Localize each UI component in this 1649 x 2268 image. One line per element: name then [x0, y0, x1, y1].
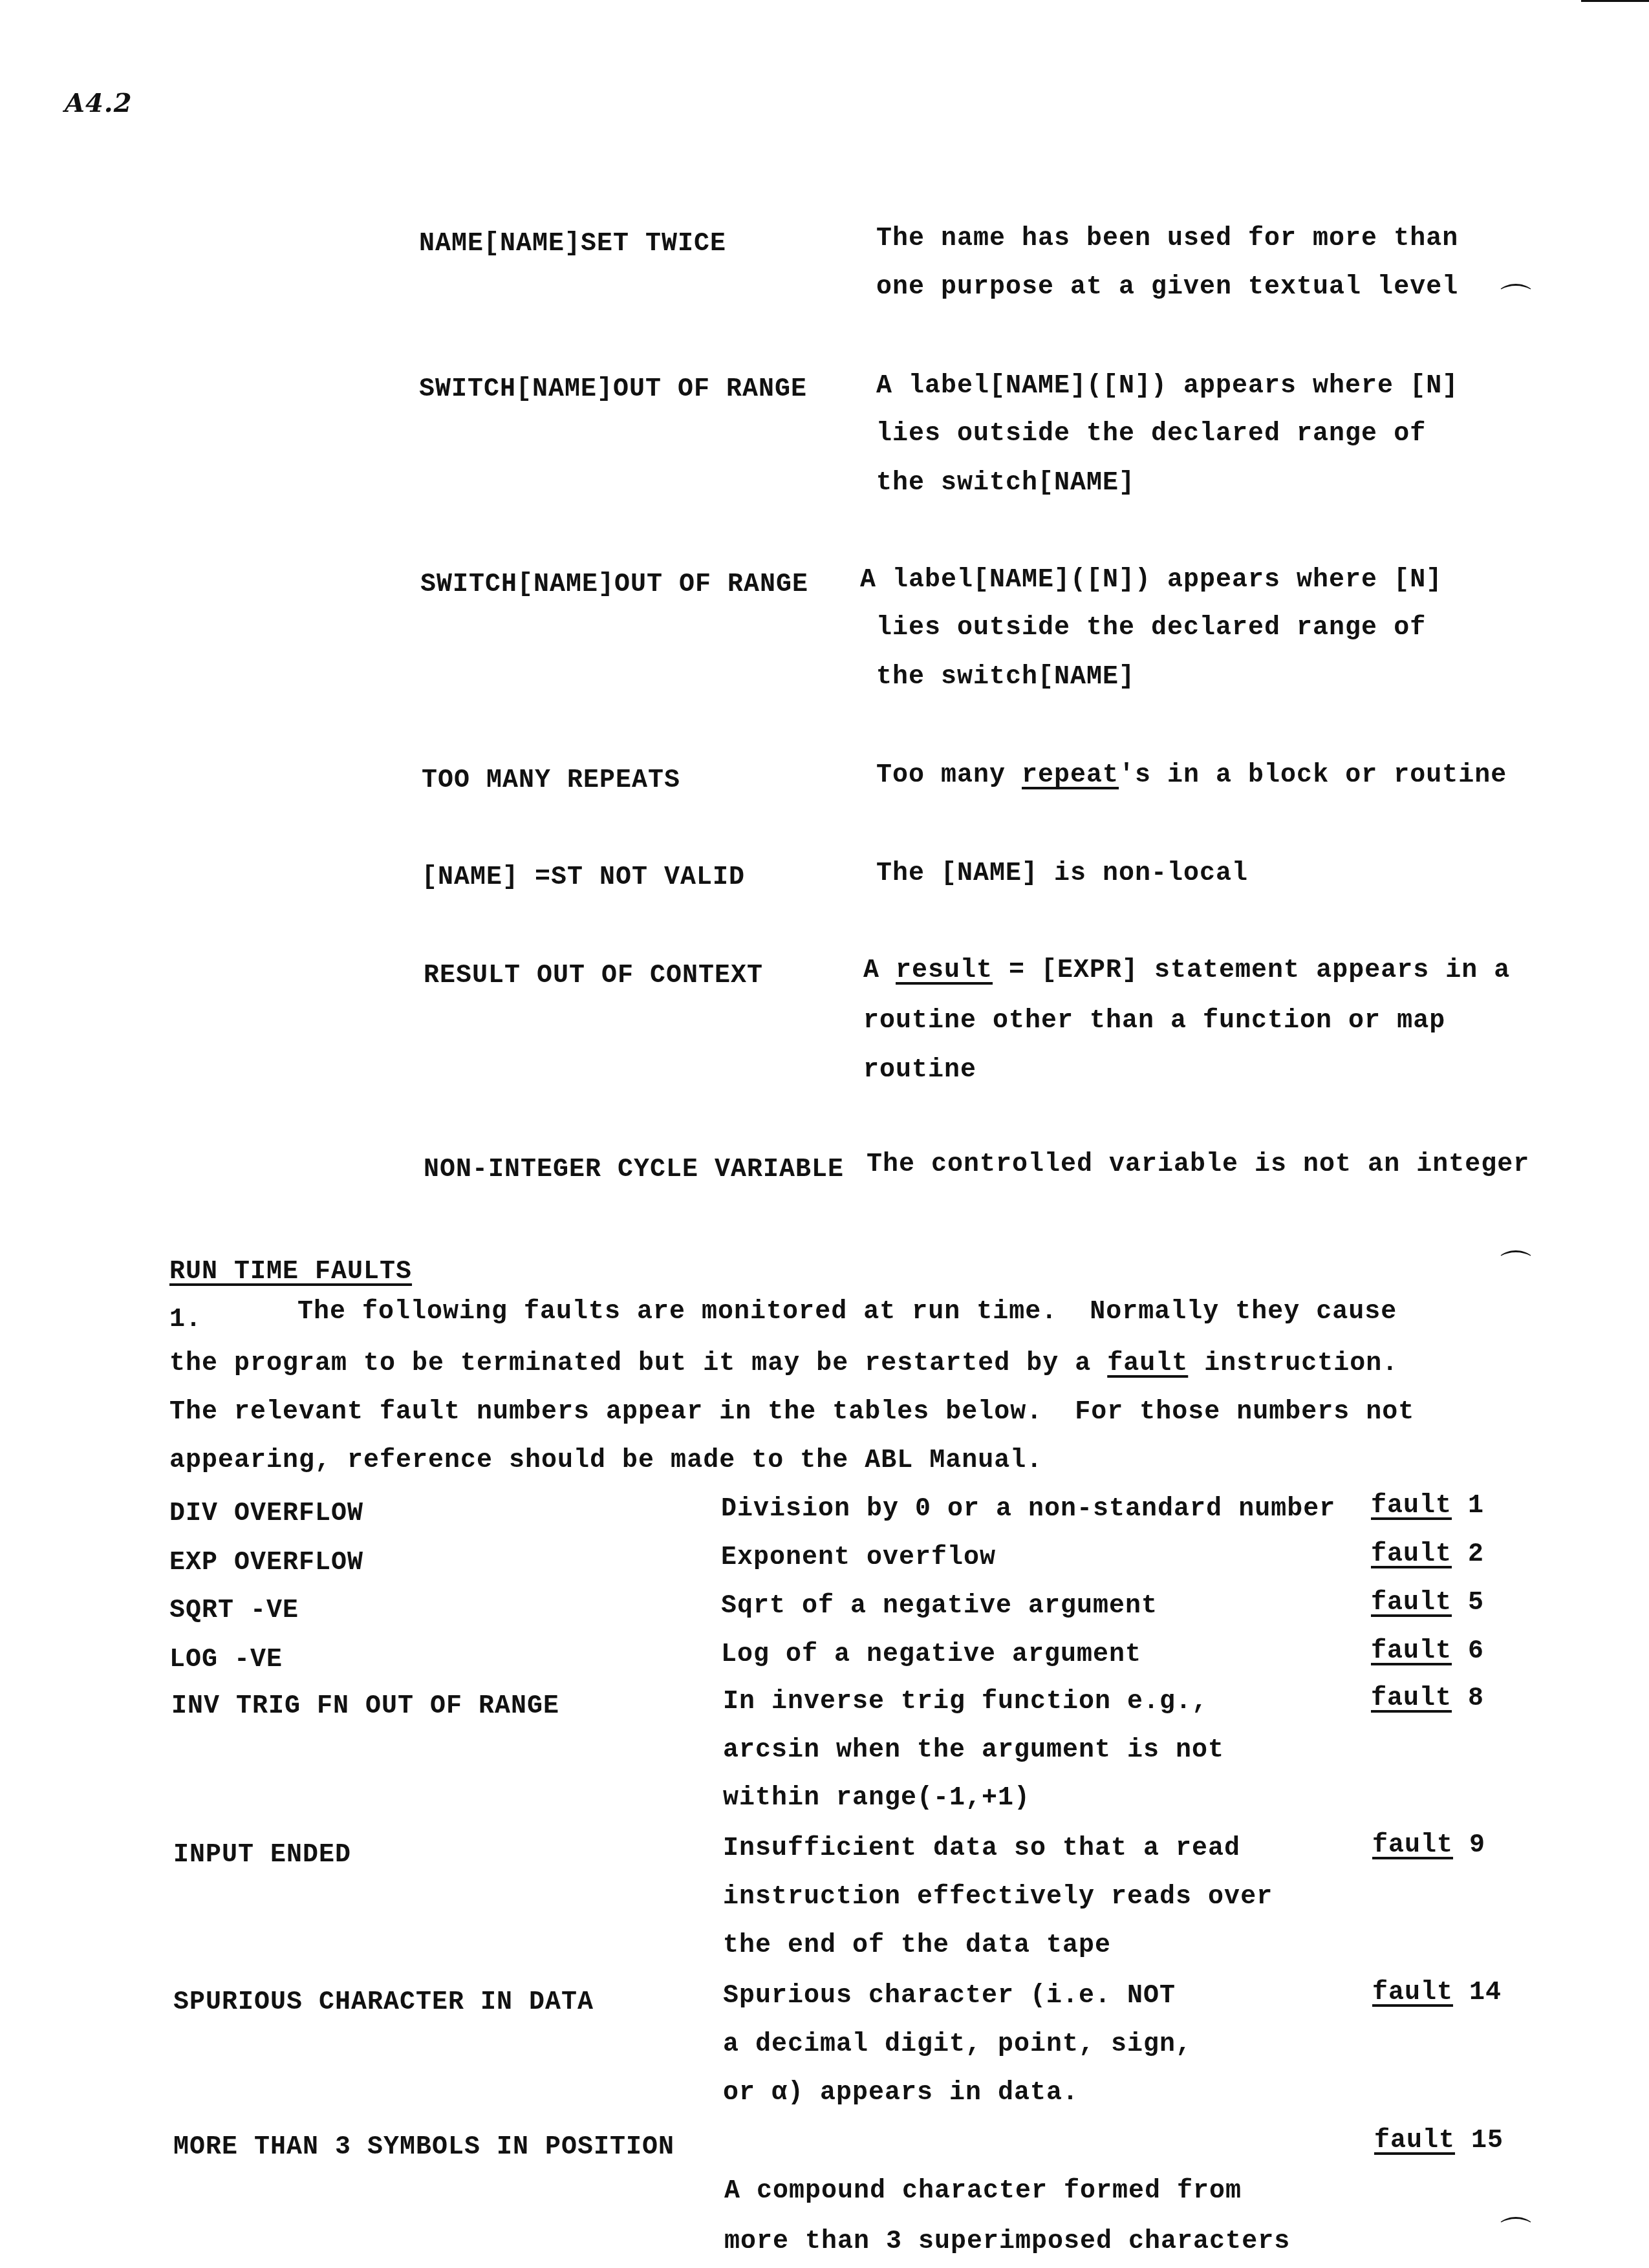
fault-description: A compound character formed from [724, 2179, 1242, 2205]
fault-description: routine [863, 1058, 976, 1084]
fault-name: SQRT -VE [169, 1598, 299, 1624]
fault-name: NON-INTEGER CYCLE VARIABLE [424, 1157, 844, 1183]
fault-description: instruction effectively reads over [723, 1885, 1273, 1910]
fault-number: fault 8 [1371, 1686, 1484, 1712]
fault-name: SWITCH[NAME]OUT OF RANGE [420, 572, 808, 598]
fault-name: TOO MANY REPEATS [422, 768, 680, 794]
fault-description: the switch[NAME] [876, 471, 1135, 497]
fault-name: MORE THAN 3 SYMBOLS IN POSITION [173, 2135, 674, 2161]
fault-number: fault 1 [1371, 1493, 1484, 1519]
fault-name: EXP OVERFLOW [169, 1550, 363, 1576]
fault-description: one purpose at a given textual level [876, 275, 1458, 301]
fault-description: The name has been used for more than [876, 226, 1458, 252]
fault-description: within range(-1,+1) [723, 1786, 1030, 1812]
fault-description: Log of a negative argument [721, 1642, 1141, 1668]
fault-description: the end of the data tape [723, 1933, 1111, 1959]
fault-description: Spurious character (i.e. NOT [723, 1984, 1176, 2009]
fault-name: DIV OVERFLOW [169, 1501, 363, 1527]
fault-description: Exponent overflow [721, 1545, 996, 1571]
fault-description: or α) appears in data. [723, 2081, 1079, 2106]
fault-name: INPUT ENDED [173, 1843, 351, 1868]
fault-description: lies outside the declared range of [876, 615, 1426, 641]
fault-name: INV TRIG FN OUT OF RANGE [171, 1694, 559, 1720]
fault-number: fault 2 [1371, 1542, 1484, 1568]
fault-name: SPURIOUS CHARACTER IN DATA [173, 1990, 594, 2016]
keyword-result: result [896, 956, 993, 985]
fault-description: A label[NAME]([N]) appears where [N] [860, 568, 1442, 594]
fault-number: fault 15 [1374, 2128, 1503, 2154]
fault-description: A result = [EXPR] statement appears in a [863, 958, 1510, 984]
fault-number: fault 6 [1371, 1639, 1484, 1665]
top-edge-line [1581, 0, 1649, 2]
fault-description: The controlled variable is not an intege… [867, 1152, 1529, 1178]
fault-description: arcsin when the argument is not [723, 1738, 1224, 1764]
fault-description: Too many repeat's in a block or routine [876, 763, 1507, 789]
fault-description: Insufficient data so that a read [723, 1836, 1240, 1862]
fault-description: more than 3 superimposed characters [724, 2229, 1290, 2255]
paragraph-number: 1. [169, 1307, 202, 1333]
fault-description: Sqrt of a negative argument [721, 1594, 1158, 1620]
fault-name: NAME[NAME]SET TWICE [419, 231, 726, 257]
fault-number: fault 9 [1372, 1833, 1485, 1859]
fault-name: RESULT OUT OF CONTEXT [424, 963, 763, 989]
fault-description: a decimal digit, point, sign, [723, 2032, 1192, 2058]
fault-description: Division by 0 or a non-standard number [721, 1497, 1335, 1523]
keyword-repeat: repeat [1022, 761, 1119, 790]
margin-mark: ⌒ [1500, 1241, 1531, 1286]
fault-description: A label[NAME]([N]) appears where [N] [876, 374, 1458, 400]
fault-number: fault 5 [1371, 1590, 1484, 1616]
fault-name: SWITCH[NAME]OUT OF RANGE [419, 377, 807, 403]
margin-mark: ⌒ [1500, 2208, 1531, 2252]
paragraph-line: appearing, reference should be made to t… [169, 1448, 1042, 1474]
page-number: A4.2 [65, 91, 133, 116]
fault-number: fault 14 [1372, 1980, 1502, 2006]
fault-description: lies outside the declared range of [876, 422, 1426, 447]
fault-description: routine other than a function or map [863, 1009, 1445, 1034]
paragraph-line: The following faults are monitored at ru… [297, 1300, 1397, 1325]
paragraph-line: the program to be terminated but it may … [169, 1351, 1398, 1377]
fault-name: LOG -VE [169, 1647, 283, 1673]
fault-description: the switch[NAME] [876, 665, 1135, 690]
fault-description: The [NAME] is non-local [876, 861, 1248, 887]
fault-description: In inverse trig function e.g., [723, 1689, 1208, 1715]
margin-mark: ⌒ [1500, 275, 1531, 319]
keyword-fault: fault [1107, 1349, 1188, 1378]
section-heading: RUN TIME FAULTS [169, 1259, 412, 1285]
fault-name: [NAME] =ST NOT VALID [422, 865, 745, 891]
paragraph-line: The relevant fault numbers appear in the… [169, 1400, 1414, 1426]
